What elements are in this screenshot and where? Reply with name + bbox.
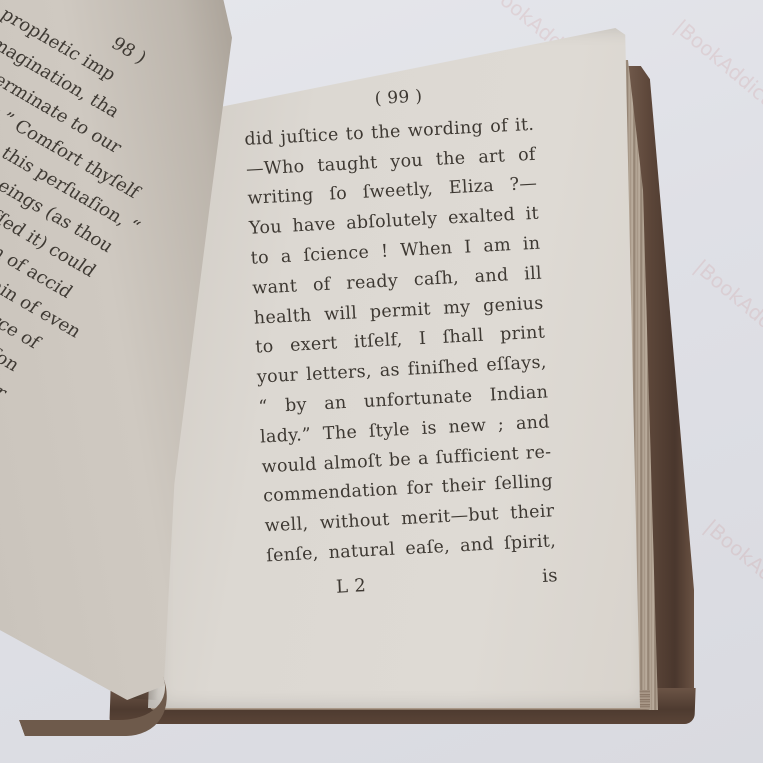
watermark: |BookAddiction bbox=[700, 515, 763, 630]
catchword: is bbox=[541, 561, 558, 592]
signature-mark: L 2 bbox=[335, 571, 367, 602]
right-page-text: ( 99 ) did juſtice to the wording of it.… bbox=[242, 77, 559, 606]
watermark: |BookAddiction bbox=[690, 255, 763, 370]
watermark: |BookAddiction bbox=[670, 15, 763, 130]
book-photo: |BookAddiction |BookAddiction |BookAddic… bbox=[0, 0, 763, 763]
